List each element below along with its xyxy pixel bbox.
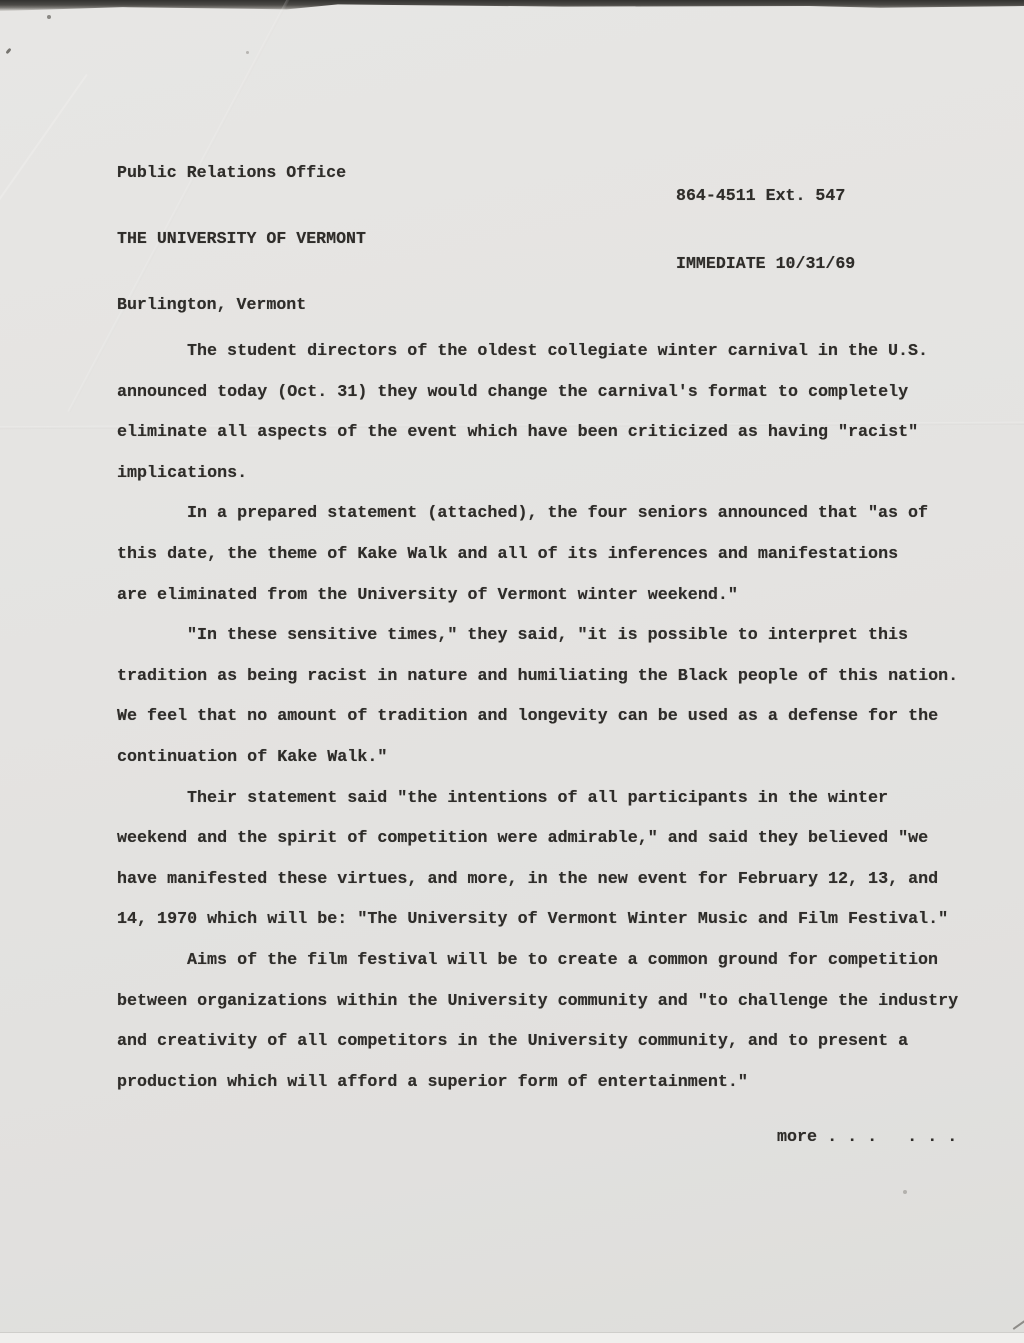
text-line: weekend and the spirit of competition we… <box>117 819 977 860</box>
text-line: between organizations within the Univers… <box>117 982 977 1023</box>
text-line: production which will afford a superior … <box>117 1063 977 1104</box>
text-line: Aims of the film festival will be to cre… <box>117 941 977 982</box>
paper-speck <box>903 1190 907 1194</box>
text-line: this date, the theme of Kake Walk and al… <box>117 535 977 576</box>
scan-bottom-edge <box>0 1332 1024 1343</box>
contact-phone: 864-4511 Ext. 547 <box>676 185 855 208</box>
letterhead: Public Relations Office THE UNIVERSITY O… <box>117 118 366 360</box>
text-line: and creativity of all competitors in the… <box>117 1022 977 1063</box>
text-line: "In these sensitive times," they said, "… <box>117 616 977 657</box>
text-line: continuation of Kake Walk." <box>117 738 977 779</box>
letterhead-office: Public Relations Office <box>117 162 366 184</box>
text-line: eliminate all aspects of the event which… <box>117 413 977 454</box>
corner-crease-mark <box>1013 1320 1024 1330</box>
letterhead-university: THE UNIVERSITY OF VERMONT <box>117 228 366 250</box>
paper-crease <box>0 74 88 206</box>
paper-speck <box>5 48 11 55</box>
paper-speck <box>246 51 249 54</box>
release-info: 864-4511 Ext. 547 IMMEDIATE 10/31/69 <box>676 140 855 320</box>
text-line: have manifested these virtues, and more,… <box>117 860 977 901</box>
text-line: 14, 1970 which will be: "The University … <box>117 900 977 941</box>
release-date: IMMEDIATE 10/31/69 <box>676 253 855 276</box>
text-line: tradition as being racist in nature and … <box>117 657 977 698</box>
letterhead-city: Burlington, Vermont <box>117 294 366 316</box>
press-release-body: The student directors of the oldest coll… <box>117 332 977 1103</box>
text-line: are eliminated from the University of Ve… <box>117 576 977 617</box>
text-line: announced today (Oct. 31) they would cha… <box>117 373 977 414</box>
text-line: Their statement said "the intentions of … <box>117 779 977 820</box>
more-indicator: more . . . . . . <box>777 1128 957 1148</box>
paper-speck <box>47 15 51 19</box>
text-line: We feel that no amount of tradition and … <box>117 697 977 738</box>
document-page: Public Relations Office THE UNIVERSITY O… <box>0 0 1024 1343</box>
text-line: implications. <box>117 454 977 495</box>
text-line: The student directors of the oldest coll… <box>117 332 977 373</box>
text-line: In a prepared statement (attached), the … <box>117 494 977 535</box>
scan-top-edge <box>0 0 1024 11</box>
